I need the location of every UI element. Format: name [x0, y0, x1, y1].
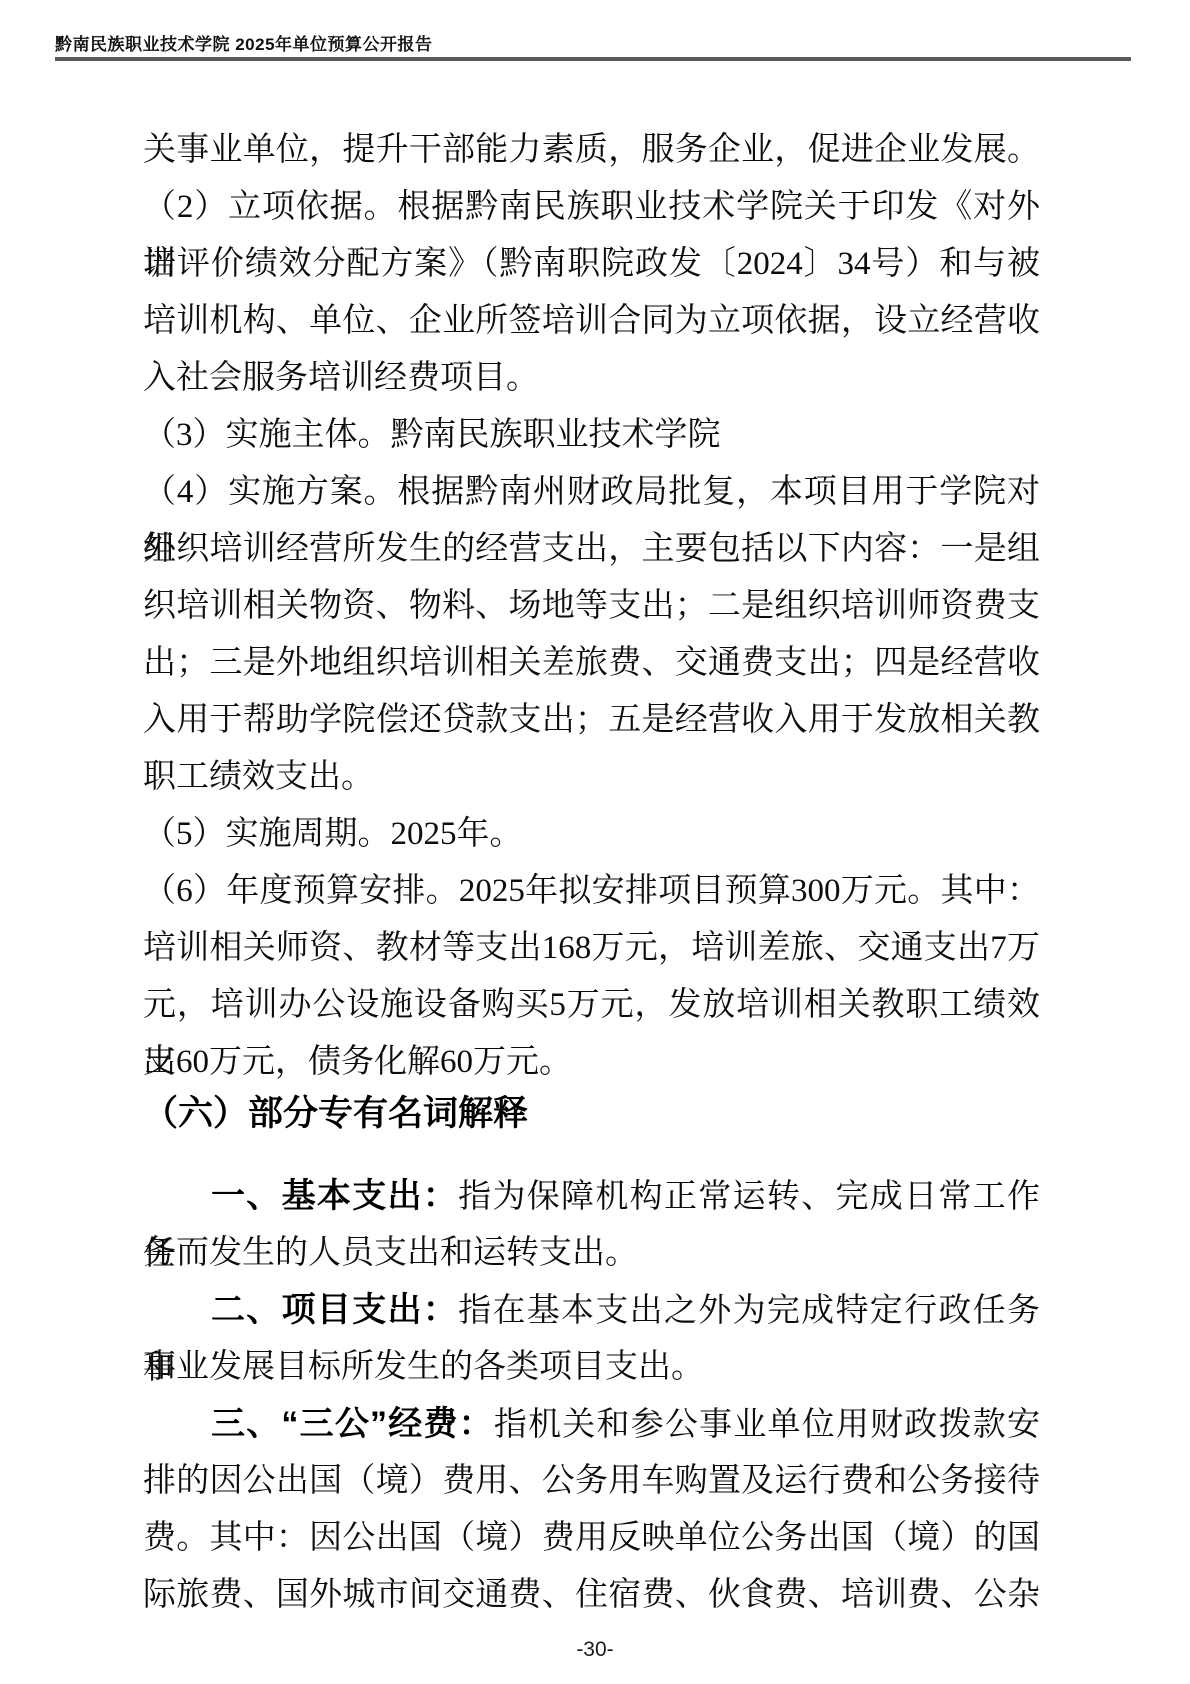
text-line: 入社会服务培训经费项目。 — [143, 350, 1040, 407]
page-header-title: 黔南民族职业技术学院 2025年单位预算公开报告 — [55, 35, 433, 54]
term-label: 二、项目支出： — [211, 1291, 458, 1329]
text-line: 培训相关师资、教材等支出168万元，培训差旅、交通支出7万 — [143, 920, 1040, 977]
text-line: 三、“三公”经费：指机关和参公事业单位用财政拨款安 — [143, 1396, 1040, 1453]
text-line: 事业发展目标所发生的各类项目支出。 — [143, 1339, 1040, 1396]
document-body: 关事业单位，提升干部能力素质，服务企业，促进企业发展。（2）立项依据。根据黔南民… — [143, 122, 1040, 1624]
text-line: 一、基本支出：指为保障机构正常运转、完成日常工作任 — [143, 1168, 1040, 1225]
page-footer: -30- — [0, 1638, 1190, 1662]
text-line: 职工绩效支出。 — [143, 749, 1040, 806]
text-line: 出60万元，债务化解60万元。 — [143, 1034, 1040, 1091]
text-line: （6）年度预算安排。2025年拟安排项目预算300万元。其中： — [143, 863, 1040, 920]
text-line: 组织培训经营所发生的经营支出，主要包括以下内容：一是组 — [143, 521, 1040, 578]
text-line: 二、项目支出：指在基本支出之外为完成特定行政任务和 — [143, 1282, 1040, 1339]
text-line: 关事业单位，提升干部能力素质，服务企业，促进企业发展。 — [143, 122, 1040, 179]
text-line: （3）实施主体。黔南民族职业技术学院 — [143, 407, 1040, 464]
text-line: 培训机构、单位、企业所签培训合同为立项依据，设立经营收 — [143, 293, 1040, 350]
text-line: 出；三是外地组织培训相关差旅费、交通费支出；四是经营收 — [143, 635, 1040, 692]
text-line: （4）实施方案。根据黔南州财政局批复，本项目用于学院对外 — [143, 464, 1040, 521]
page-header: 黔南民族职业技术学院 2025年单位预算公开报告 — [55, 30, 1135, 55]
text-line: 训评价绩效分配方案》（黔南职院政发〔2024〕34号）和与被 — [143, 236, 1040, 293]
term-label: 三、“三公”经费： — [211, 1405, 494, 1443]
term-label: 一、基本支出： — [211, 1177, 458, 1215]
text-line: 际旅费、国外城市间交通费、住宿费、伙食费、培训费、公杂 — [143, 1567, 1040, 1624]
header-rule — [55, 57, 1131, 61]
page-number: -30- — [576, 1638, 613, 1661]
text-line: 织培训相关物资、物料、场地等支出；二是组织培训师资费支 — [143, 578, 1040, 635]
text-line: 务而发生的人员支出和运转支出。 — [143, 1225, 1040, 1282]
text-line: （2）立项依据。根据黔南民族职业技术学院关于印发《对外培 — [143, 179, 1040, 236]
text-line: 元，培训办公设施设备购买5万元，发放培训相关教职工绩效支 — [143, 977, 1040, 1034]
text-line: 入用于帮助学院偿还贷款支出；五是经营收入用于发放相关教 — [143, 692, 1040, 749]
document-page: 黔南民族职业技术学院 2025年单位预算公开报告 关事业单位，提升干部能力素质，… — [0, 0, 1190, 1684]
text-line: 费。其中：因公出国（境）费用反映单位公务出国（境）的国 — [143, 1510, 1040, 1567]
section-heading: （六）部分专有名词解释 — [143, 1085, 1040, 1142]
text-line: （5）实施周期。2025年。 — [143, 806, 1040, 863]
text-line: 排的因公出国（境）费用、公务用车购置及运行费和公务接待 — [143, 1453, 1040, 1510]
